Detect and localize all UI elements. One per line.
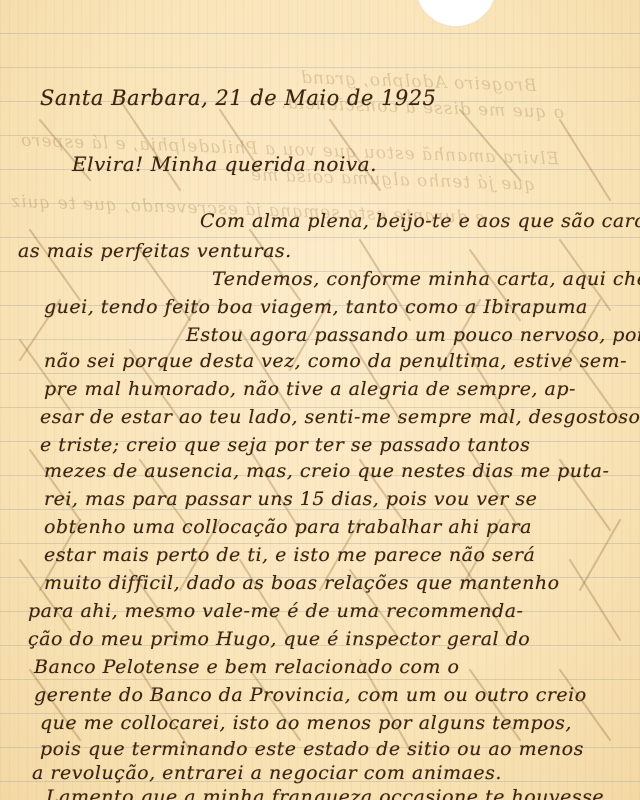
letter-line: para ahi, mesmo vale-me é de uma recomme… <box>28 600 523 622</box>
letter-line: Banco Pelotense e bem relacionado com o <box>34 656 459 678</box>
letter-line: não sei porque desta vez, como da penult… <box>44 350 627 372</box>
letter-line: muito difficil, dado as boas relações qu… <box>44 572 560 594</box>
letter-line: pre mal humorado, não tive a alegria de … <box>44 378 576 400</box>
letter-line: Tendemos, conforme minha carta, aqui che… <box>212 268 640 290</box>
letter-line: pois que terminando este estado de sitio… <box>40 738 584 760</box>
letter-line: Estou agora passando um pouco nervoso, p… <box>186 324 640 346</box>
letter-line: mezes de ausencia, mas, creio que nestes… <box>44 460 609 482</box>
letter-line: Lamento que a minha franqueza occasione … <box>46 786 604 800</box>
letter-line: guei, tendo feito boa viagem, tanto como… <box>44 296 588 318</box>
letter-line: e triste; creio que seja por ter se pass… <box>40 434 530 456</box>
letter-line: Com alma plena, beijo-te e aos que são c… <box>200 210 640 232</box>
letter-line: rei, mas para passar uns 15 dias, pois v… <box>44 488 537 510</box>
letter-place-date: Santa Barbara, 21 de Maio de 1925 <box>40 86 436 110</box>
letter-line: gerente do Banco da Provincia, com um ou… <box>34 684 587 706</box>
letter-line: a revolução, entrarei a negociar com ani… <box>32 762 502 784</box>
letter-line: esar de estar ao teu lado, senti-me semp… <box>40 406 640 428</box>
letter-line: ção do meu primo Hugo, que é inspector g… <box>28 628 530 650</box>
letter-salutation: Elvira! Minha querida noiva. <box>72 152 377 176</box>
letter-line: as mais perfeitas venturas. <box>18 240 292 262</box>
letter-page: Brogeiro Adolpho, grand o que me disse a… <box>0 0 640 800</box>
bleed-through-layer: Brogeiro Adolpho, grand o que me disse a… <box>0 0 640 800</box>
crosshatch-strokes <box>0 0 640 800</box>
letter-line: que me collocarei, isto ao menos por alg… <box>40 712 572 734</box>
paper-notch <box>416 0 496 26</box>
letter-line: estar mais perto de ti, e isto me parece… <box>44 544 535 566</box>
letter-line: obtenho uma collocação para trabalhar ah… <box>44 516 532 538</box>
